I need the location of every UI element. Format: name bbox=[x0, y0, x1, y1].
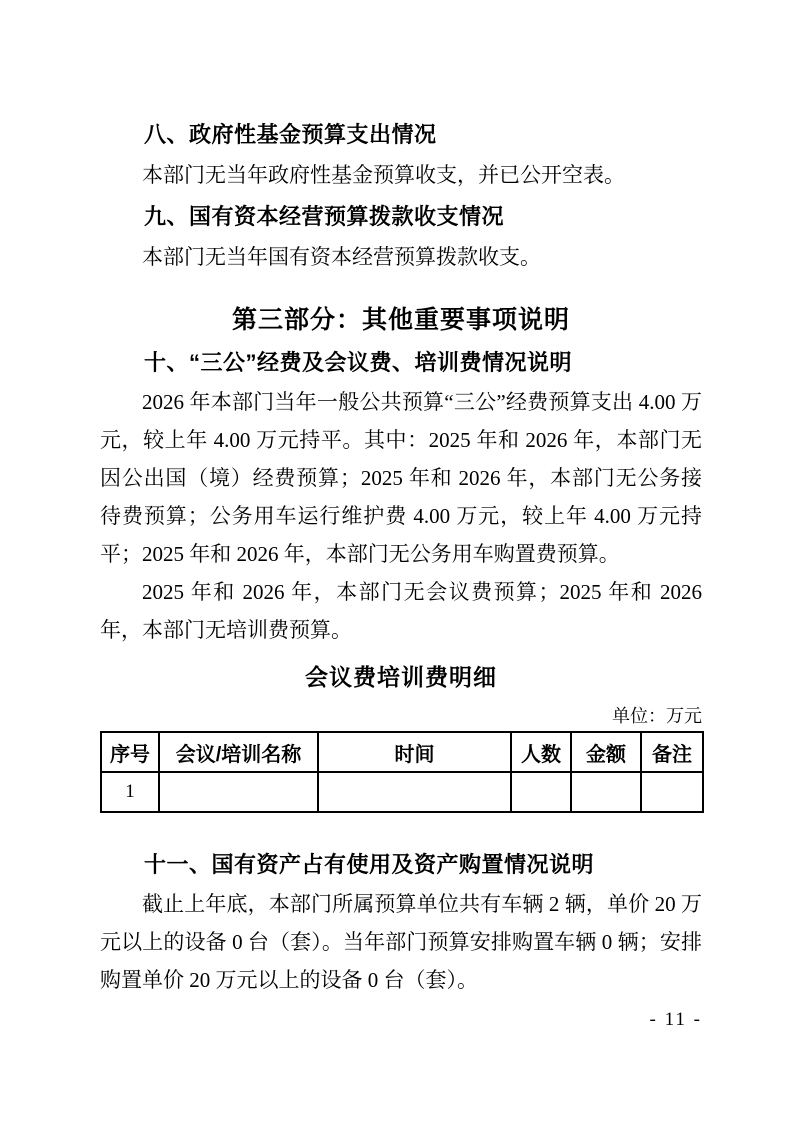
meeting-training-table: 序号 会议/培训名称 时间 人数 金额 备注 1 bbox=[100, 731, 704, 813]
document-page: 八、政府性基金预算支出情况 本部门无当年政府性基金预算收支，并已公开空表。 九、… bbox=[0, 0, 793, 1122]
col-header-people-count: 人数 bbox=[511, 732, 571, 772]
page-number: - 11 - bbox=[100, 1008, 702, 1032]
col-header-time: 时间 bbox=[318, 732, 511, 772]
table-row: 1 bbox=[101, 772, 703, 812]
table-header-row: 序号 会议/培训名称 时间 人数 金额 备注 bbox=[101, 732, 703, 772]
section-8-heading: 八、政府性基金预算支出情况 bbox=[100, 114, 702, 155]
section-9-heading: 九、国有资本经营预算拨款收支情况 bbox=[100, 196, 702, 237]
col-header-amount: 金额 bbox=[571, 732, 641, 772]
section-11-paragraph: 截止上年底，本部门所属预算单位共有车辆 2 辆，单价 20 万元以上的设备 0 … bbox=[100, 885, 702, 999]
cell-people-count bbox=[511, 772, 571, 812]
cell-remarks bbox=[641, 772, 703, 812]
col-header-remarks: 备注 bbox=[641, 732, 703, 772]
cell-time bbox=[318, 772, 511, 812]
section-10-paragraph-1: 2026 年本部门当年一般公共预算“三公”经费预算支出 4.00 万元，较上年 … bbox=[100, 383, 702, 573]
section-11-heading: 十一、国有资产占有使用及资产购置情况说明 bbox=[100, 844, 702, 885]
cell-amount bbox=[571, 772, 641, 812]
section-9-paragraph: 本部门无当年国有资本经营预算拨款收支。 bbox=[100, 237, 702, 278]
part-3-title: 第三部分：其他重要事项说明 bbox=[100, 300, 702, 342]
cell-serial: 1 bbox=[101, 772, 159, 812]
section-10-heading: 十、“三公”经费及会议费、培训费情况说明 bbox=[100, 342, 702, 383]
section-10-paragraph-2: 2025 年和 2026 年，本部门无会议费预算；2025 年和 2026 年，… bbox=[100, 573, 702, 649]
col-header-meeting-name: 会议/培训名称 bbox=[159, 732, 318, 772]
page-content: 八、政府性基金预算支出情况 本部门无当年政府性基金预算收支，并已公开空表。 九、… bbox=[100, 0, 702, 1032]
cell-meeting-name bbox=[159, 772, 318, 812]
section-8-paragraph: 本部门无当年政府性基金预算收支，并已公开空表。 bbox=[100, 155, 702, 196]
col-header-serial: 序号 bbox=[101, 732, 159, 772]
unit-note: 单位：万元 bbox=[100, 704, 702, 728]
meeting-table-title: 会议费培训费明细 bbox=[100, 658, 702, 698]
